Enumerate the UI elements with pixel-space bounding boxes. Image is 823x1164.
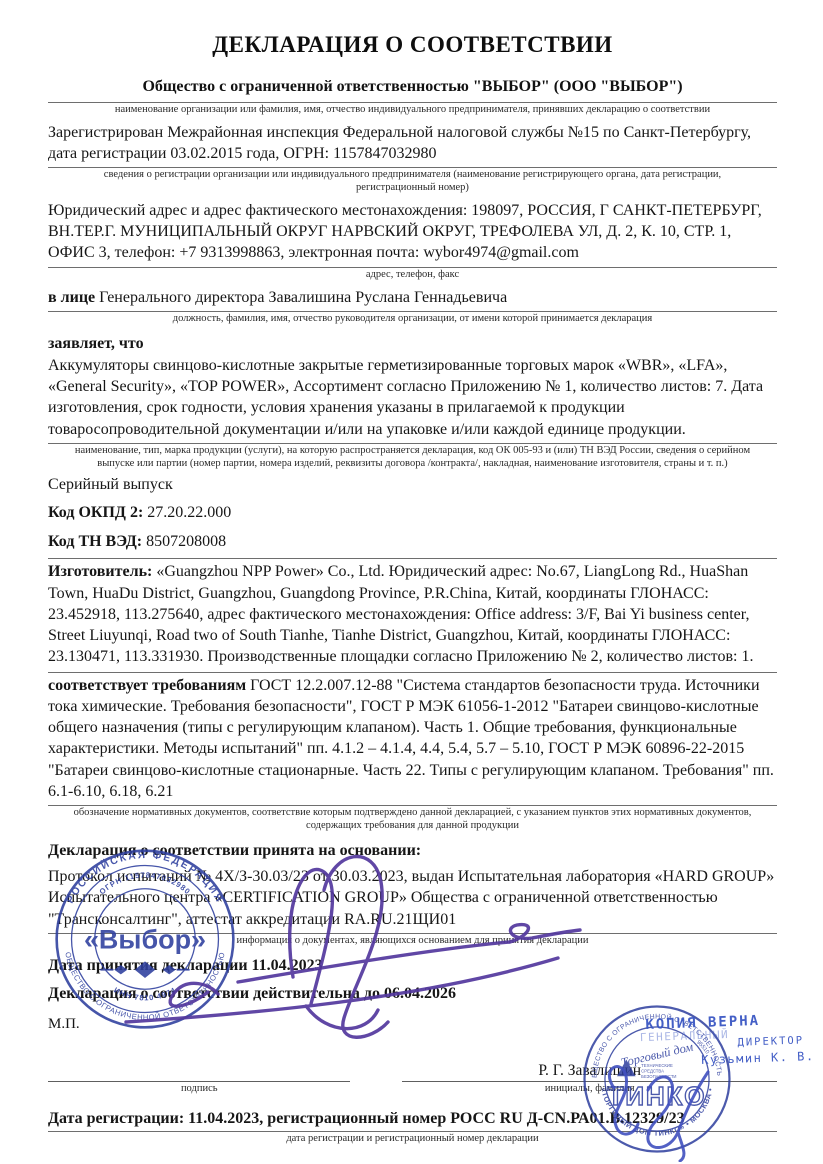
signature-caption: подпись xyxy=(48,1083,350,1094)
registration-footer: Дата регистрации: 11.04.2023, регистраци… xyxy=(48,1110,777,1128)
declaration-document: ДЕКЛАРАЦИЯ О СООТВЕТСТВИИ Общество с огр… xyxy=(0,0,823,1164)
divider xyxy=(48,167,777,168)
signature-line xyxy=(402,1081,777,1082)
signature-left: подпись xyxy=(48,1081,350,1094)
basis-heading: Декларация о соответствии принята на осн… xyxy=(48,840,777,861)
divider xyxy=(48,558,777,559)
representative-label: в лице xyxy=(48,289,95,306)
divider xyxy=(48,102,777,103)
tnved-code-row: Код ТН ВЭД:8507208008 xyxy=(48,532,777,553)
address-caption: адрес, телефон, факс xyxy=(63,269,763,282)
registration-footer-caption: дата регистрации и регистрационный номер… xyxy=(63,1133,763,1146)
serial-issue: Серийный выпуск xyxy=(48,474,777,495)
okpd-code-row: Код ОКПД 2:27.20.22.000 xyxy=(48,503,777,524)
declares-label: заявляет, что xyxy=(48,333,777,354)
mp-label: М.П. xyxy=(48,1016,80,1033)
divider xyxy=(48,443,777,444)
validity-date: Декларация о соответствии действительна … xyxy=(48,983,777,1004)
applicant-name: Общество с ограниченной ответственностью… xyxy=(48,78,777,96)
conformity-paragraph: соответствует требованиямГОСТ 12.2.007.1… xyxy=(48,675,777,803)
representative-caption: должность, фамилия, имя, отчество руково… xyxy=(63,313,763,326)
applicant-caption: наименование организации или фамилия, им… xyxy=(63,104,763,117)
document-title: ДЕКЛАРАЦИЯ О СООТВЕТСТВИИ xyxy=(48,32,777,58)
adoption-date: Дата принятия декларации 11.04.2023 xyxy=(48,955,777,976)
tnved-label: Код ТН ВЭД: xyxy=(48,533,142,550)
divider xyxy=(48,805,777,806)
registration-caption: сведения о регистрации организации или и… xyxy=(92,169,734,195)
registration-paragraph: Зарегистрирован Межрайонная инспекция Фе… xyxy=(48,122,777,165)
basis-paragraph: Протокол испытаний № 4Х/З-30.03/23 от 30… xyxy=(48,866,777,930)
conformity-value: ГОСТ 12.2.007.12-88 "Система стандартов … xyxy=(48,677,774,800)
manufacturer-label: Изготовитель: xyxy=(48,563,152,580)
representative-value: Генерального директора Завалишина Руслан… xyxy=(99,289,507,306)
kuzmin-name-line: Кузьмин К. В. xyxy=(646,1049,814,1069)
conformity-label: соответствует требованиям xyxy=(48,677,246,694)
manufacturer-paragraph: Изготовитель:«Guangzhou NPP Power» Co., … xyxy=(48,561,777,667)
basis-caption: информация о документах, являющихся осно… xyxy=(63,935,763,948)
divider xyxy=(48,933,777,934)
manufacturer-value: «Guangzhou NPP Power» Co., Ltd. Юридичес… xyxy=(48,563,753,665)
representative-paragraph: в лицеГенерального директора Завалишина … xyxy=(48,287,777,308)
conformity-caption: обозначение нормативных документов, соот… xyxy=(63,807,763,833)
product-paragraph: Аккумуляторы свинцово-кислотные закрытые… xyxy=(48,355,777,440)
copy-verna-stamp: КОПИЯ ВЕРНА ГЕНЕРАЛЬНЫЙ ДИРЕКТОР Кузьмин… xyxy=(645,1011,815,1069)
okpd-value: 27.20.22.000 xyxy=(147,504,231,521)
signatory-caption: инициалы, фамилия xyxy=(402,1083,777,1094)
divider xyxy=(48,267,777,268)
okpd-label: Код ОКПД 2: xyxy=(48,504,143,521)
divider xyxy=(48,311,777,312)
address-paragraph: Юридический адрес и адрес фактического м… xyxy=(48,200,777,264)
product-caption: наименование, тип, марка продукции (услу… xyxy=(63,445,763,471)
divider xyxy=(48,1131,777,1132)
signature-right: Р. Г. Завалишин инициалы, фамилия xyxy=(402,1062,777,1094)
signature-line xyxy=(48,1081,350,1082)
tnved-value: 8507208008 xyxy=(146,533,226,550)
divider xyxy=(48,672,777,673)
